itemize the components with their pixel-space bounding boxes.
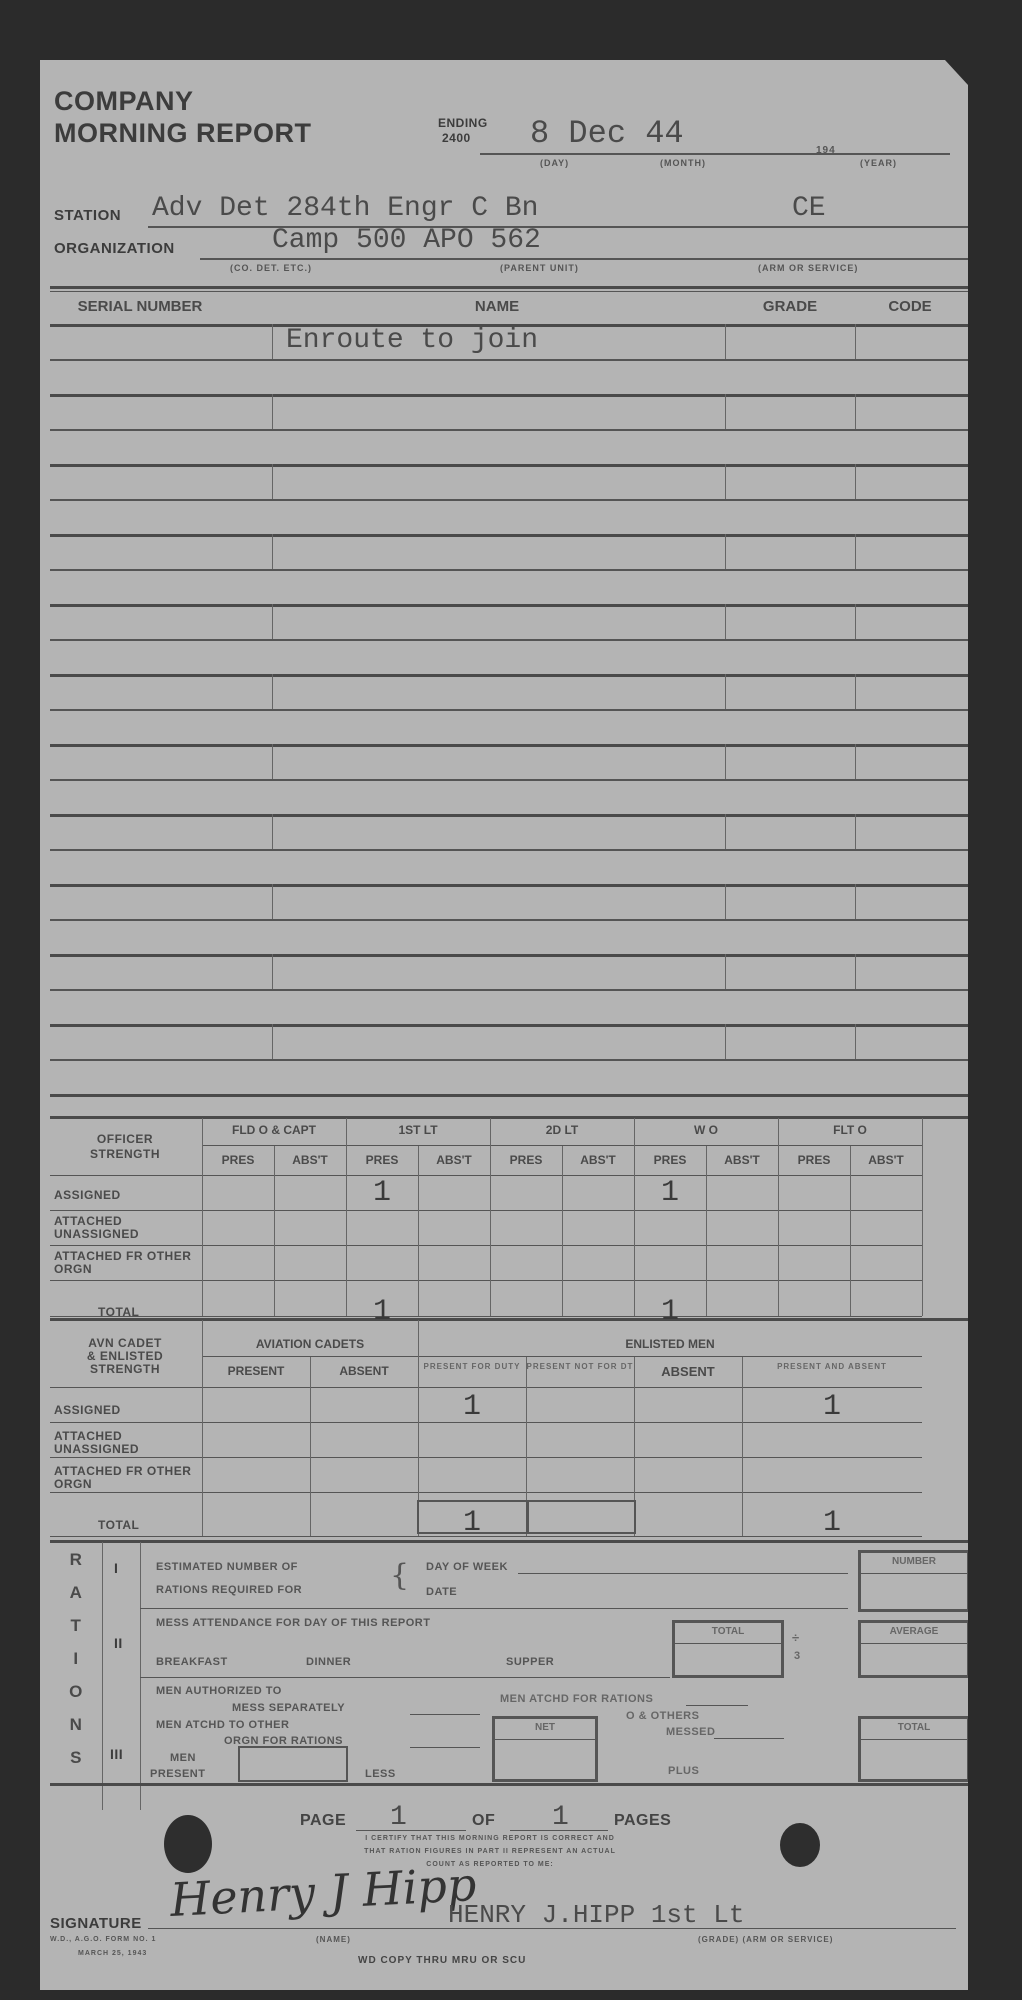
divide-by: 3 [794, 1650, 801, 1662]
roster-row-rule [50, 1059, 968, 1061]
grade-caption: (GRADE) (ARM OR SERVICE) [698, 1935, 833, 1944]
roster-col-divider [725, 1024, 726, 1059]
enlisted-col-divider [202, 1320, 203, 1536]
typed-name: HENRY J.HIPP 1st Lt [448, 1900, 744, 1930]
roster-col-divider [725, 744, 726, 779]
ink-stamp-left [164, 1815, 212, 1873]
day-of-week-label: DAY OF WEEK [426, 1561, 508, 1573]
net-box[interactable]: NET [492, 1716, 598, 1782]
part-i-numeral: I [114, 1560, 118, 1576]
col-grade: GRADE [725, 298, 855, 315]
number-box-label: NUMBER [861, 1556, 967, 1567]
net-box-divider [495, 1739, 595, 1740]
men-present-line2: PRESENT [150, 1768, 205, 1780]
officer-subheader: ABS'T [562, 1153, 634, 1167]
ending-label: ENDING [438, 116, 488, 130]
average-box-divider [861, 1643, 967, 1644]
total-box-label: TOTAL [675, 1626, 781, 1637]
roster-col-divider [272, 814, 273, 849]
arm-value: CE [792, 193, 826, 224]
col-cadets-absent: ABSENT [310, 1364, 418, 1378]
certify-line2: THAT RATION FIGURES IN PART II REPRESENT… [280, 1848, 700, 1855]
enlisted-row-attached-unassigned: ATTACHED UNASSIGNED [54, 1430, 194, 1456]
station-label: STATION [54, 207, 121, 224]
officer-row-total: TOTAL [98, 1305, 139, 1319]
roster-col-divider [855, 604, 856, 639]
enlisted-men-header: ENLISTED MEN [418, 1337, 922, 1351]
station-value: Adv Det 284th Engr C Bn [152, 193, 538, 224]
officer-bottom-rule [50, 1318, 968, 1321]
organization-underline [200, 258, 968, 260]
officer-col-divider [274, 1146, 275, 1316]
atchd-other-line1: MEN ATCHD TO OTHER [156, 1719, 289, 1731]
meal-dinner: DINNER [306, 1656, 351, 1668]
roster-col-divider [272, 744, 273, 779]
col-serial-number: SERIAL NUMBER [50, 298, 230, 315]
enlisted-row-rule [50, 1457, 922, 1458]
officer-strength-title-1: OFFICER [50, 1132, 200, 1146]
officer-subheader: PRES [778, 1153, 850, 1167]
rations-side-letter: A [50, 1583, 102, 1616]
roster-row-rule [50, 954, 968, 957]
officer-subheader: ABS'T [850, 1153, 922, 1167]
enlisted-assigned-present-and-absent: 1 [742, 1390, 922, 1424]
rations-total-box-divider [861, 1739, 967, 1740]
officer-subheader: PRES [634, 1153, 706, 1167]
pages-label: PAGES [614, 1812, 671, 1830]
mess-separately-underline [410, 1714, 480, 1715]
station-underline [148, 226, 968, 228]
roster-col-divider [725, 674, 726, 709]
col-present-and-absent: PRESENT AND ABSENT [742, 1361, 922, 1373]
col-name: NAME [272, 298, 722, 315]
roster-row-rule [50, 884, 968, 887]
others-line2: MESSED [666, 1726, 715, 1738]
part-ii-title: MESS ATTENDANCE FOR DAY OF THIS REPORT [156, 1617, 430, 1629]
total-box-divider [675, 1643, 781, 1644]
officer-col-divider [202, 1118, 203, 1316]
part-i-line1: ESTIMATED NUMBER OF [156, 1561, 298, 1573]
officer-subheader: ABS'T [706, 1153, 778, 1167]
morning-report-form: COMPANY MORNING REPORT ENDING 2400 8 Dec… [40, 60, 968, 1990]
arm-service-caption: (ARM OR SERVICE) [758, 263, 858, 273]
roster-row-rule [50, 394, 968, 397]
officer-row-rule [50, 1210, 922, 1211]
roster-row-rule [50, 499, 968, 501]
page-total-underline [510, 1830, 608, 1831]
roster-row-rule [50, 989, 968, 991]
certify-line1: I CERTIFY THAT THIS MORNING REPORT IS CO… [280, 1835, 700, 1842]
part-ii-bottom-rule [140, 1677, 670, 1678]
aviation-cadets-header: AVIATION CADETS [202, 1337, 418, 1351]
roster-col-divider [272, 604, 273, 639]
month-caption: (MONTH) [660, 158, 706, 168]
group-flt-o: FLT O [778, 1123, 922, 1137]
roster-row-rule [50, 464, 968, 467]
roster-col-divider [272, 1024, 273, 1059]
page-number: 1 [390, 1802, 407, 1833]
officer-row-rule [50, 1175, 922, 1176]
part-i-line2: RATIONS REQUIRED FOR [156, 1584, 302, 1596]
roster-row-rule [50, 709, 968, 711]
co-det-caption: (CO. DET. ETC.) [230, 263, 312, 273]
others-line1: O & OTHERS [626, 1710, 699, 1722]
roster-col-divider [725, 534, 726, 569]
atchd-other-underline [410, 1747, 480, 1748]
rations-total-box[interactable]: TOTAL [858, 1716, 970, 1782]
roster-col-divider [855, 324, 856, 359]
rations-divider-1 [102, 1542, 103, 1810]
roster-col-divider [855, 674, 856, 709]
date-underline [480, 153, 950, 155]
roster-row-1-name: Enroute to join [286, 325, 538, 356]
day-caption: (DAY) [540, 158, 569, 168]
officer-assigned-wo-pres: 1 [634, 1176, 706, 1210]
rations-top-rule [50, 1540, 968, 1543]
ink-stamp-right [780, 1823, 820, 1867]
officer-subheader: ABS'T [418, 1153, 490, 1167]
roster-top-rule [50, 286, 968, 289]
rations-total-box-label: TOTAL [861, 1722, 967, 1733]
organization-value: Camp 500 APO 562 [272, 225, 541, 256]
page-number-underline [356, 1830, 466, 1831]
roster-col-divider [725, 464, 726, 499]
men-present-line1: MEN [170, 1752, 196, 1764]
roster-row-rule [50, 814, 968, 817]
officer-col-divider [922, 1118, 923, 1316]
group-fld-o-capt: FLD O & CAPT [202, 1123, 346, 1137]
brace-icon: { [390, 1558, 409, 1593]
rations-side-letter: N [50, 1715, 102, 1748]
roster-col-divider [272, 324, 273, 359]
enlisted-title-3: STRENGTH [50, 1363, 200, 1376]
col-enlisted-absent: ABSENT [634, 1364, 742, 1379]
officer-row-assigned: ASSIGNED [54, 1188, 121, 1202]
group-1st-lt: 1ST LT [346, 1123, 490, 1137]
roster-top-rule-2 [50, 291, 968, 292]
form-title-line1: COMPANY [54, 86, 194, 117]
roster-col-divider [272, 394, 273, 429]
rations-side-label: RATIONS [50, 1550, 102, 1781]
roster-col-divider [855, 884, 856, 919]
enlisted-total-present-and-absent: 1 [742, 1506, 922, 1540]
roster-col-divider [725, 324, 726, 359]
date-label: DATE [426, 1586, 457, 1598]
roster-col-divider [855, 814, 856, 849]
roster-col-divider [855, 534, 856, 569]
roster-col-divider [272, 884, 273, 919]
meal-breakfast: BREAKFAST [156, 1656, 228, 1668]
officer-row-rule [50, 1245, 922, 1246]
of-label: OF [472, 1812, 495, 1830]
net-box-label: NET [495, 1722, 595, 1733]
col-cadets-present: PRESENT [202, 1364, 310, 1378]
page-total: 1 [552, 1802, 569, 1833]
roster-row-rule [50, 1094, 968, 1097]
roster-row-rule [50, 849, 968, 851]
roster-col-divider [272, 534, 273, 569]
group-2d-lt: 2D LT [490, 1123, 634, 1137]
atchd-rations-underline [686, 1705, 748, 1706]
officer-col-divider [418, 1146, 419, 1316]
roster-row-rule [50, 779, 968, 781]
officer-col-divider [850, 1146, 851, 1316]
roster-col-divider [855, 954, 856, 989]
rations-bottom-rule [50, 1783, 968, 1786]
name-caption: (NAME) [316, 1935, 351, 1944]
officer-top-rule [50, 1116, 968, 1119]
roster-col-divider [272, 954, 273, 989]
officer-strength-title-2: STRENGTH [50, 1147, 200, 1161]
officer-assigned-1st-lt-pres: 1 [346, 1176, 418, 1210]
col-present-not-for-dt: PRESENT NOT FOR DT [526, 1361, 634, 1373]
number-box-divider [861, 1573, 967, 1574]
roster-col-divider [725, 394, 726, 429]
roster-col-divider [855, 1024, 856, 1059]
officer-subheader: PRES [346, 1153, 418, 1167]
enlisted-row-attached-fr-other: ATTACHED FR OTHER ORGN [54, 1465, 194, 1491]
officer-row-rule [50, 1316, 922, 1317]
number-box[interactable]: NUMBER [858, 1550, 970, 1612]
roster-row-rule [50, 1024, 968, 1027]
report-date: 8 Dec 44 [530, 115, 684, 152]
officer-subheader: PRES [490, 1153, 562, 1167]
rations-side-letter: R [50, 1550, 102, 1583]
roster-row-rule [50, 639, 968, 641]
roster-col-divider [725, 884, 726, 919]
organization-label: ORGANIZATION [54, 240, 175, 257]
average-box-label: AVERAGE [861, 1626, 967, 1637]
roster-row-rule [50, 604, 968, 607]
total-present-not-for-dt-box [527, 1500, 636, 1534]
mess-separately-line2: MESS SEPARATELY [232, 1702, 345, 1714]
roster-row-rule [50, 534, 968, 537]
roster-col-divider [725, 954, 726, 989]
average-box[interactable]: AVERAGE [858, 1620, 970, 1678]
plus-label: PLUS [668, 1765, 699, 1777]
roster-col-divider [855, 394, 856, 429]
part-ii-numeral: II [114, 1635, 123, 1651]
less-label: LESS [365, 1768, 396, 1780]
part-i-bottom-rule [140, 1608, 848, 1609]
year-caption: (YEAR) [860, 158, 897, 168]
roster-col-divider [725, 604, 726, 639]
day-of-week-underline [518, 1573, 848, 1574]
officer-total-wo-pres: 1 [634, 1295, 706, 1329]
roster-row-rule [50, 359, 968, 361]
officer-row-attached-fr-other: ATTACHED FR OTHER ORGN [54, 1250, 194, 1276]
total-box[interactable]: TOTAL [672, 1620, 784, 1678]
part-iii-numeral: III [110, 1746, 123, 1762]
ending-time: 2400 [442, 131, 471, 145]
signature-label: SIGNATURE [50, 1915, 142, 1932]
mess-separately-line1: MEN AUTHORIZED TO [156, 1685, 282, 1697]
form-id-line2: MARCH 25, 1943 [78, 1950, 147, 1957]
rations-side-letter: I [50, 1649, 102, 1682]
officer-col-divider [562, 1146, 563, 1316]
rations-divider-2 [140, 1542, 141, 1810]
handwritten-signature: Henry J Hipp [169, 1857, 478, 1927]
officer-col-divider [778, 1118, 779, 1316]
col-present-for-duty: PRESENT FOR DUTY [418, 1361, 526, 1373]
roster-col-divider [272, 464, 273, 499]
roster-row-rule [50, 744, 968, 747]
routing-note: WD COPY THRU MRU OR SCU [358, 1955, 526, 1966]
officer-subheader: ABS'T [274, 1153, 346, 1167]
officer-subheader: PRES [202, 1153, 274, 1167]
officer-col-divider [490, 1118, 491, 1316]
page-label: PAGE [300, 1812, 346, 1830]
rations-side-letter: S [50, 1748, 102, 1781]
enlisted-row-rule [50, 1387, 922, 1388]
atchd-rations-label: MEN ATCHD FOR RATIONS [500, 1693, 653, 1705]
col-code: CODE [855, 298, 965, 315]
enlisted-row-total: TOTAL [98, 1518, 139, 1532]
year-prefix: 194 [816, 145, 836, 156]
officer-col-divider [346, 1118, 347, 1316]
roster-row-rule [50, 674, 968, 677]
others-underline [714, 1738, 784, 1739]
enlisted-assigned-present-for-duty: 1 [418, 1390, 526, 1424]
meal-supper: SUPPER [506, 1656, 554, 1668]
rations-side-letter: T [50, 1616, 102, 1649]
rations-side-letter: O [50, 1682, 102, 1715]
enlisted-col-divider [310, 1357, 311, 1536]
parent-unit-caption: (PARENT UNIT) [500, 263, 579, 273]
officer-row-rule [50, 1280, 922, 1281]
form-title-line2: MORNING REPORT [54, 118, 312, 149]
officer-row-attached-unassigned: ATTACHED UNASSIGNED [54, 1215, 194, 1241]
officer-col-divider [706, 1146, 707, 1316]
roster-row-rule [50, 569, 968, 571]
roster-col-divider [272, 674, 273, 709]
roster-col-divider [725, 814, 726, 849]
roster-col-divider [855, 464, 856, 499]
group-wo: W O [634, 1123, 778, 1137]
divide-icon: ÷ [792, 1630, 800, 1645]
roster-row-rule [50, 919, 968, 921]
officer-total-1st-lt-pres: 1 [346, 1295, 418, 1329]
roster-col-divider [855, 744, 856, 779]
total-present-for-duty-box [417, 1500, 528, 1534]
roster-row-rule [50, 429, 968, 431]
form-id-line1: W.D., A.G.O. FORM NO. 1 [50, 1936, 156, 1943]
enlisted-row-assigned: ASSIGNED [54, 1403, 121, 1417]
enlisted-row-rule [50, 1492, 922, 1493]
officer-col-divider [634, 1118, 635, 1316]
men-present-box[interactable] [238, 1746, 348, 1782]
